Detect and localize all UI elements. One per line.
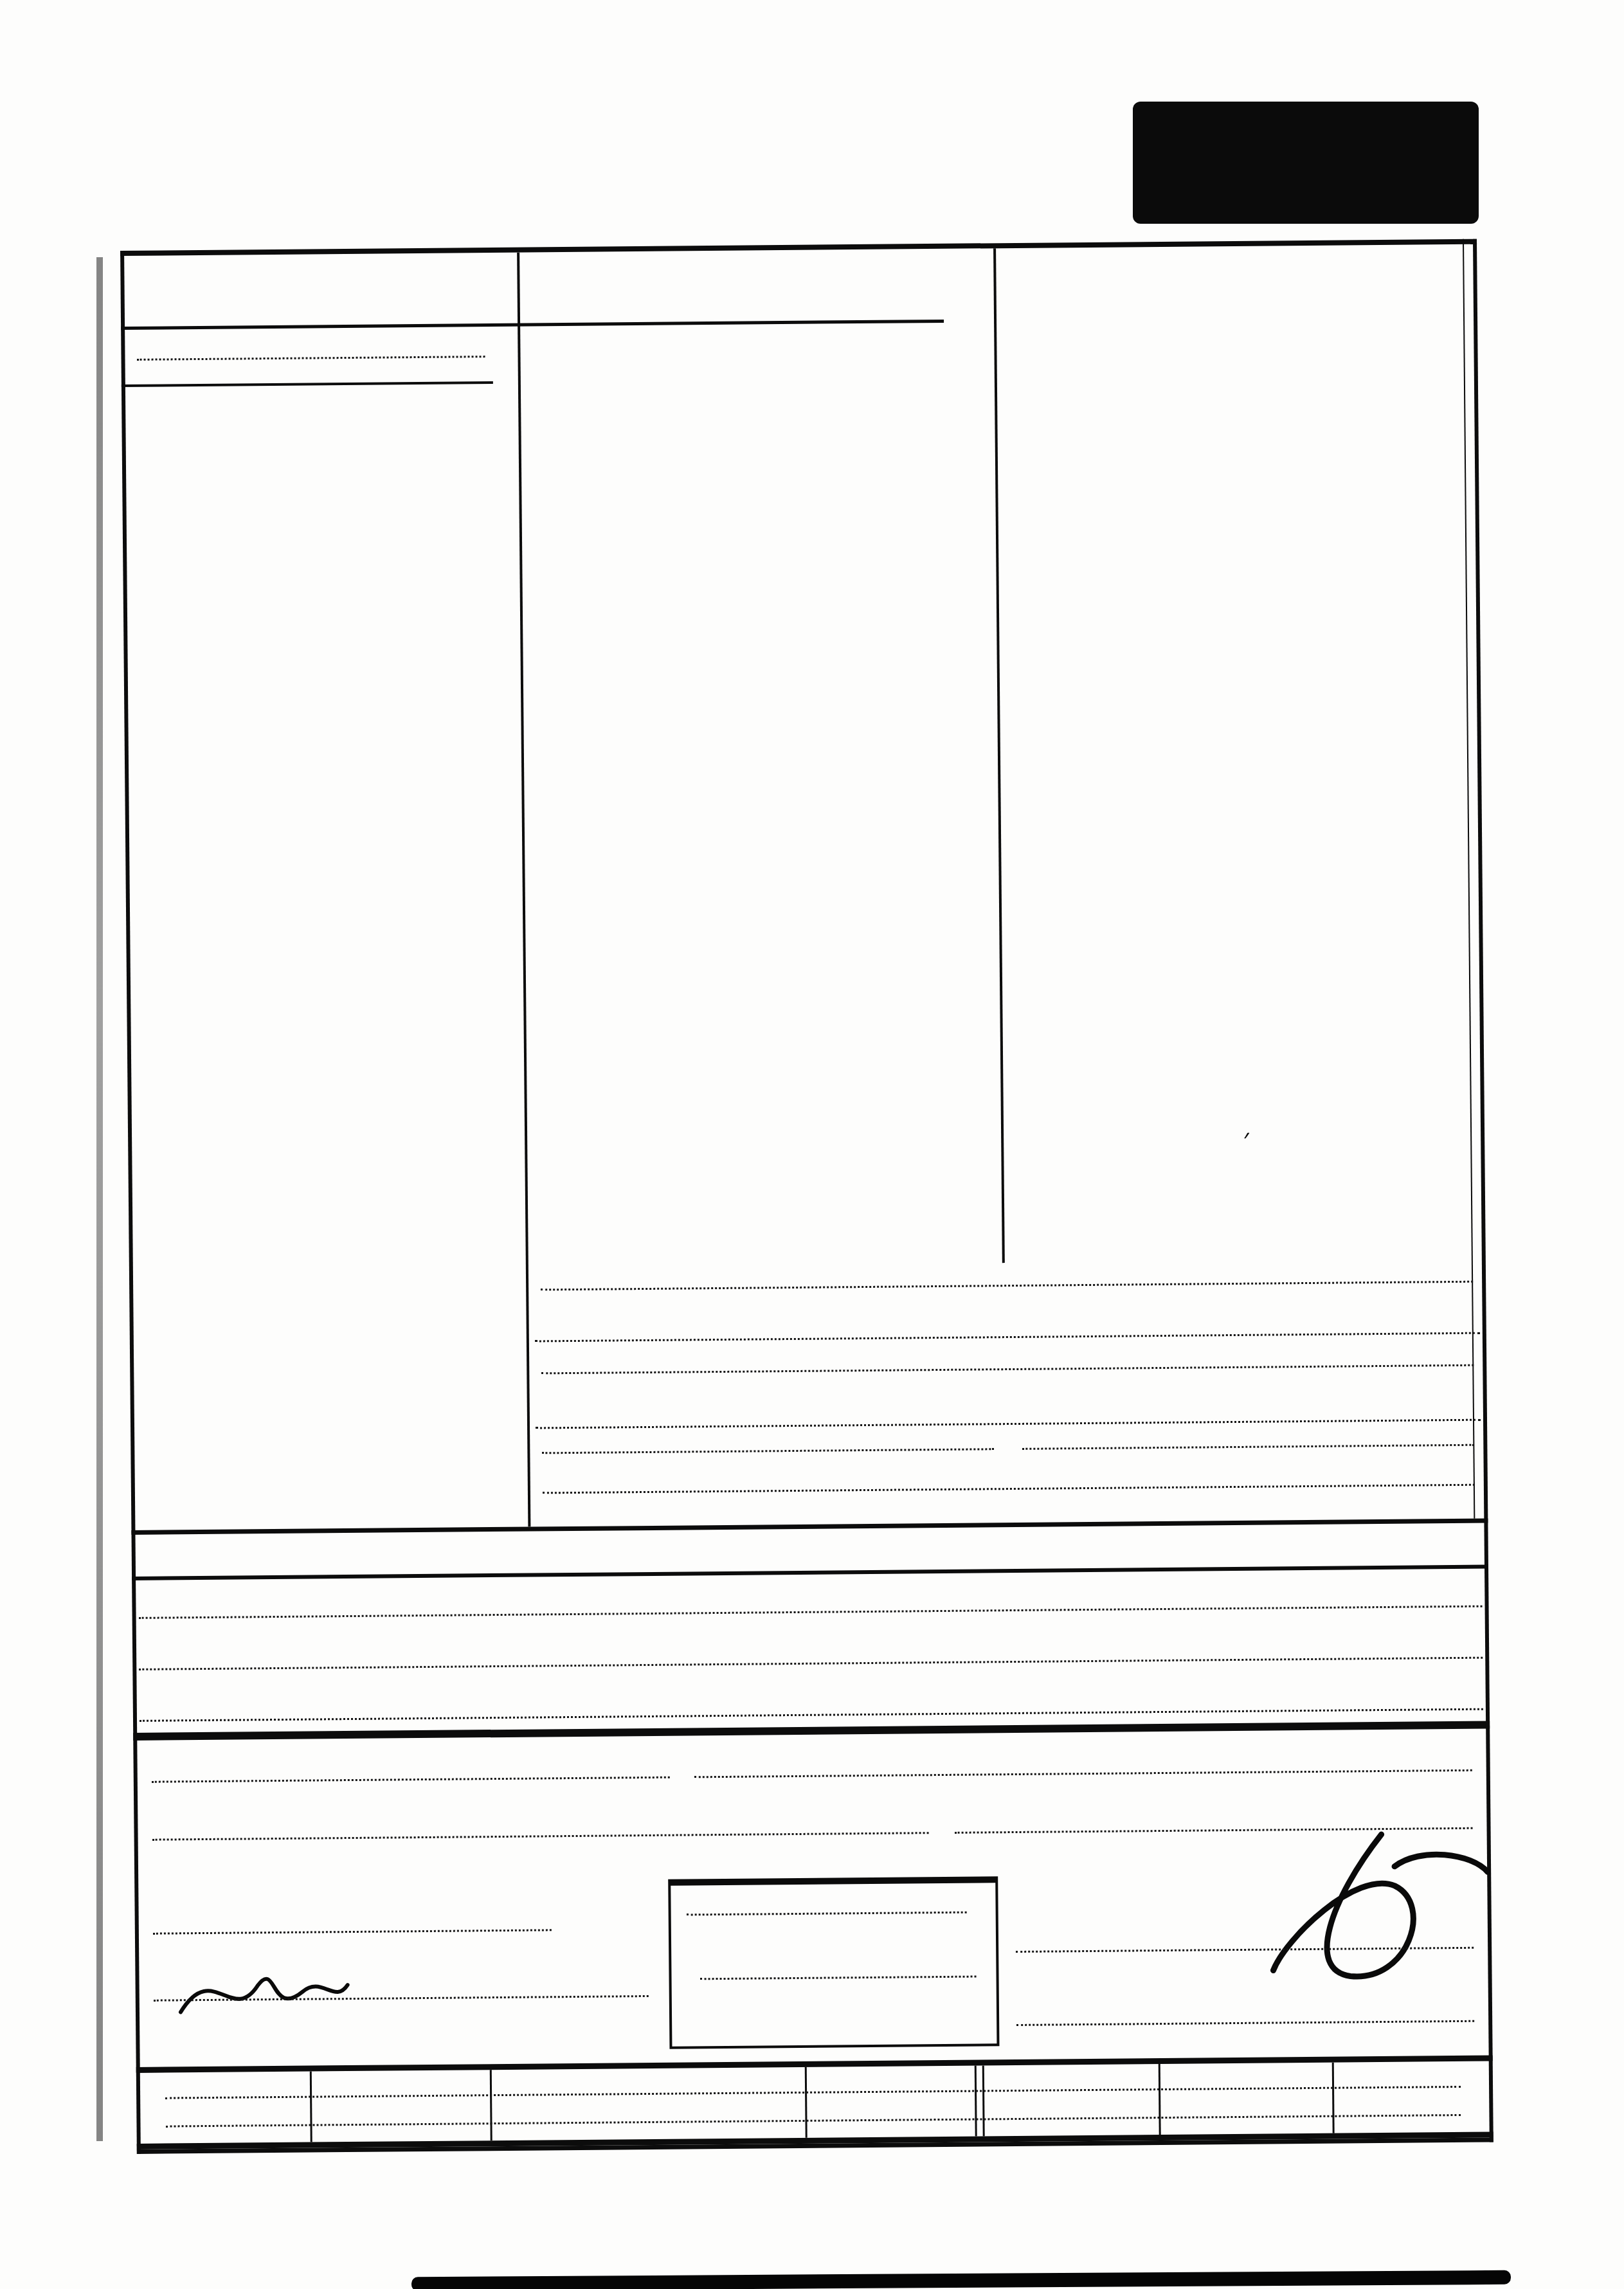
hebrew-law-body — [136, 660, 507, 664]
hebrew-law-footnote — [136, 660, 507, 664]
dotted-line — [152, 1827, 929, 1841]
scan-edge-artifact — [96, 257, 103, 2141]
photo-label — [226, 533, 367, 534]
hebrew-authority-block — [781, 104, 1096, 113]
form-left-border — [120, 251, 141, 2154]
empty-dotted-line — [535, 1332, 1480, 1343]
hebrew-law-title — [136, 658, 507, 661]
children-table-top-border — [131, 1519, 1488, 1535]
footer-column-line — [975, 2066, 977, 2137]
address-resident-row — [145, 1764, 1479, 1787]
office-date-row — [680, 1906, 982, 1919]
photo-placeholder — [226, 519, 367, 534]
authority-text-block — [454, 102, 756, 107]
footer-column-line — [982, 2065, 985, 2136]
recorder-signature-scribble — [174, 1946, 354, 2031]
english-law-text — [138, 1027, 510, 1035]
photo-label-hebrew — [226, 519, 367, 520]
law-title — [138, 1027, 510, 1030]
footer-column-line — [805, 2067, 807, 2138]
ditto-mark: ׳ — [1243, 1123, 1249, 1153]
footer-column-line — [490, 2070, 492, 2140]
dotted-line — [1022, 1439, 1474, 1450]
children-table-header-border — [132, 1565, 1488, 1580]
footer-table-row — [166, 2114, 1461, 2128]
dotted-line — [694, 1764, 1472, 1778]
children-table-row — [139, 1606, 1483, 1619]
field-values — [519, 243, 1004, 1314]
dotted-line — [543, 1479, 1475, 1494]
present-address-row — [536, 1479, 1481, 1498]
hebrew-law-title — [136, 654, 507, 657]
children-table-row — [140, 1708, 1483, 1722]
dotted-line — [699, 1971, 976, 1980]
dotted-line — [1016, 2015, 1474, 2026]
addresses-during-war-row — [535, 1359, 1480, 1379]
empty-dotted-line — [536, 1419, 1481, 1429]
footer-column-line — [310, 2072, 312, 2142]
law-body — [138, 1032, 510, 1035]
form-body: ׳ — [120, 239, 1493, 2157]
not-to-be-filled-label-hebrew — [1465, 2064, 1465, 2131]
footer-table-top-border — [136, 2056, 1493, 2073]
form-right-inner-border — [1463, 239, 1475, 1519]
not-to-be-filled-label — [141, 2076, 142, 2142]
hebrew-law-body — [136, 660, 507, 664]
dotted-line — [152, 1771, 670, 1783]
registr-no-row — [130, 350, 491, 365]
hebrew-law-text — [136, 654, 507, 664]
hebrew-law-subtitle — [136, 658, 507, 661]
children-table-row — [139, 1657, 1483, 1670]
declaration-text — [147, 1865, 758, 1870]
office-number-row — [680, 1970, 982, 1984]
dotted-line — [541, 1359, 1474, 1375]
footer-table-row — [165, 2086, 1461, 2099]
section-divider-band — [133, 1721, 1490, 1741]
scan-smudge-artifact — [411, 2270, 1511, 2289]
law-subtitle — [138, 1032, 510, 1035]
footer-column-line — [1159, 2064, 1161, 2135]
dotted-line — [542, 1443, 994, 1454]
dotted-line — [153, 1924, 552, 1934]
law-body — [138, 1032, 510, 1035]
law-title — [138, 1027, 510, 1030]
dotted-line — [1016, 1942, 1474, 1953]
footer-column-line — [1332, 2063, 1335, 2133]
witness-signature-scribble — [1137, 1807, 1499, 2004]
law-title — [138, 1027, 510, 1030]
registr-underline — [122, 381, 493, 387]
maiden-name-row — [536, 1439, 1481, 1458]
dotted-line — [136, 350, 485, 361]
scanned-daf-ed-form: ׳ — [0, 0, 1624, 2289]
office-use-box — [668, 1876, 999, 2049]
dotted-line — [687, 1906, 967, 1916]
yad-vashem-logo — [1133, 102, 1479, 224]
place-row — [1010, 2015, 1481, 2030]
recorder-signature-row — [147, 1924, 558, 1939]
